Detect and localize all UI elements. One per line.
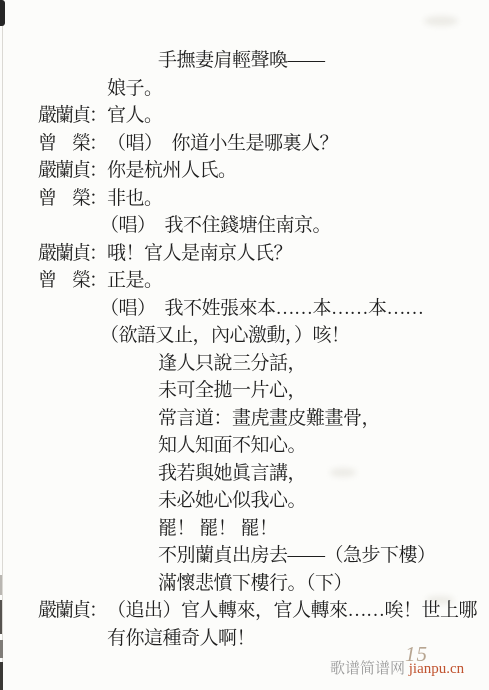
line-text: 有你這種奇人啊！ <box>107 625 255 653</box>
scan-smudge <box>424 16 458 26</box>
script-line: 嚴蘭貞：你是杭州人氏。 <box>38 157 483 185</box>
script-line: （欲語又止，內心激動，）咳！ <box>100 322 483 350</box>
script-text-block: 手撫妻肩輕聲喚——娘子。嚴蘭貞：官人。曾 榮：（唱） 你道小生是哪裏人？嚴蘭貞：… <box>38 47 483 652</box>
script-page: 手撫妻肩輕聲喚——娘子。嚴蘭貞：官人。曾 榮：（唱） 你道小生是哪裏人？嚴蘭貞：… <box>0 0 489 690</box>
watermark: 歌谱简谱网 jianpu.cn <box>330 657 464 678</box>
line-text: 娘子。 <box>107 75 163 103</box>
script-line: 嚴蘭貞：哦！官人是南京人氏？ <box>38 240 483 268</box>
script-line: 逢人只說三分話， <box>158 350 483 378</box>
line-text: 罷！ 罷！ 罷！ <box>158 515 278 543</box>
line-text: 常言道：畫虎畫皮難畫骨， <box>158 405 380 433</box>
scan-edge-artifact <box>0 662 3 690</box>
speaker-name: 嚴蘭貞： <box>38 597 107 625</box>
speaker-name: 曾 榮： <box>38 130 107 158</box>
script-line: 常言道：畫虎畫皮難畫骨， <box>158 405 483 433</box>
script-line: 曾 榮：正是。 <box>38 267 483 295</box>
line-text: 知人知面不知心。 <box>158 432 306 460</box>
script-line: 娘子。 <box>107 75 483 103</box>
line-text: （追出）官人轉來，官人轉來……唉！世上哪 <box>107 597 477 625</box>
scan-edge-artifact <box>0 600 2 634</box>
script-line: 曾 榮：（唱） 你道小生是哪裏人？ <box>38 130 483 158</box>
line-text: 逢人只說三分話， <box>158 350 306 378</box>
script-line: 手撫妻肩輕聲喚—— <box>158 47 483 75</box>
line-text: 官人。 <box>107 102 163 130</box>
script-line: 不別蘭貞出房去——（急步下樓） <box>158 542 483 570</box>
line-text: 未可全拋一片心， <box>158 377 306 405</box>
watermark-site-url: jianpu.cn <box>409 661 464 677</box>
watermark-site-name: 歌谱简谱网 <box>330 661 405 677</box>
speaker-name: 嚴蘭貞： <box>38 102 107 130</box>
speaker-name: 曾 榮： <box>38 185 107 213</box>
script-line: 滿懷悲憤下樓行。（下） <box>158 570 483 598</box>
scan-corner-mark <box>0 0 5 26</box>
line-text: 手撫妻肩輕聲喚—— <box>158 47 325 75</box>
script-line: 未可全拋一片心， <box>158 377 483 405</box>
script-line: （唱） 我不住錢塘住南京。 <box>100 212 483 240</box>
script-line: 罷！ 罷！ 罷！ <box>158 515 483 543</box>
line-text: （唱） 我不姓張來本……本……本…… <box>100 295 424 323</box>
script-line: 曾 榮：非也。 <box>38 185 483 213</box>
script-line: （唱） 我不姓張來本……本……本…… <box>100 295 483 323</box>
script-line: 我若與她眞言講， <box>158 460 483 488</box>
speaker-name: 曾 榮： <box>38 267 107 295</box>
line-text: 不別蘭貞出房去——（急步下樓） <box>158 542 436 570</box>
scan-edge-artifact <box>0 640 3 658</box>
line-text: 滿懷悲憤下樓行。（下） <box>158 570 352 598</box>
line-text: 你是杭州人氏。 <box>107 157 237 185</box>
line-text: 非也。 <box>107 185 163 213</box>
script-line: 嚴蘭貞：官人。 <box>38 102 483 130</box>
script-line: 知人知面不知心。 <box>158 432 483 460</box>
script-line: 嚴蘭貞：（追出）官人轉來，官人轉來……唉！世上哪 <box>38 597 483 625</box>
line-text: （唱） 我不住錢塘住南京。 <box>100 212 331 240</box>
line-text: （欲語又止，內心激動，）咳！ <box>100 322 350 350</box>
line-text: 未必她心似我心。 <box>158 487 306 515</box>
scan-edge-line <box>2 0 3 690</box>
scan-edge-artifact <box>0 575 2 595</box>
line-text: 正是。 <box>107 267 163 295</box>
speaker-name: 嚴蘭貞： <box>38 157 107 185</box>
script-line: 未必她心似我心。 <box>158 487 483 515</box>
speaker-name: 嚴蘭貞： <box>38 240 107 268</box>
line-text: 我若與她眞言講， <box>158 460 306 488</box>
line-text: （唱） 你道小生是哪裏人？ <box>107 130 338 158</box>
line-text: 哦！官人是南京人氏？ <box>107 240 292 268</box>
